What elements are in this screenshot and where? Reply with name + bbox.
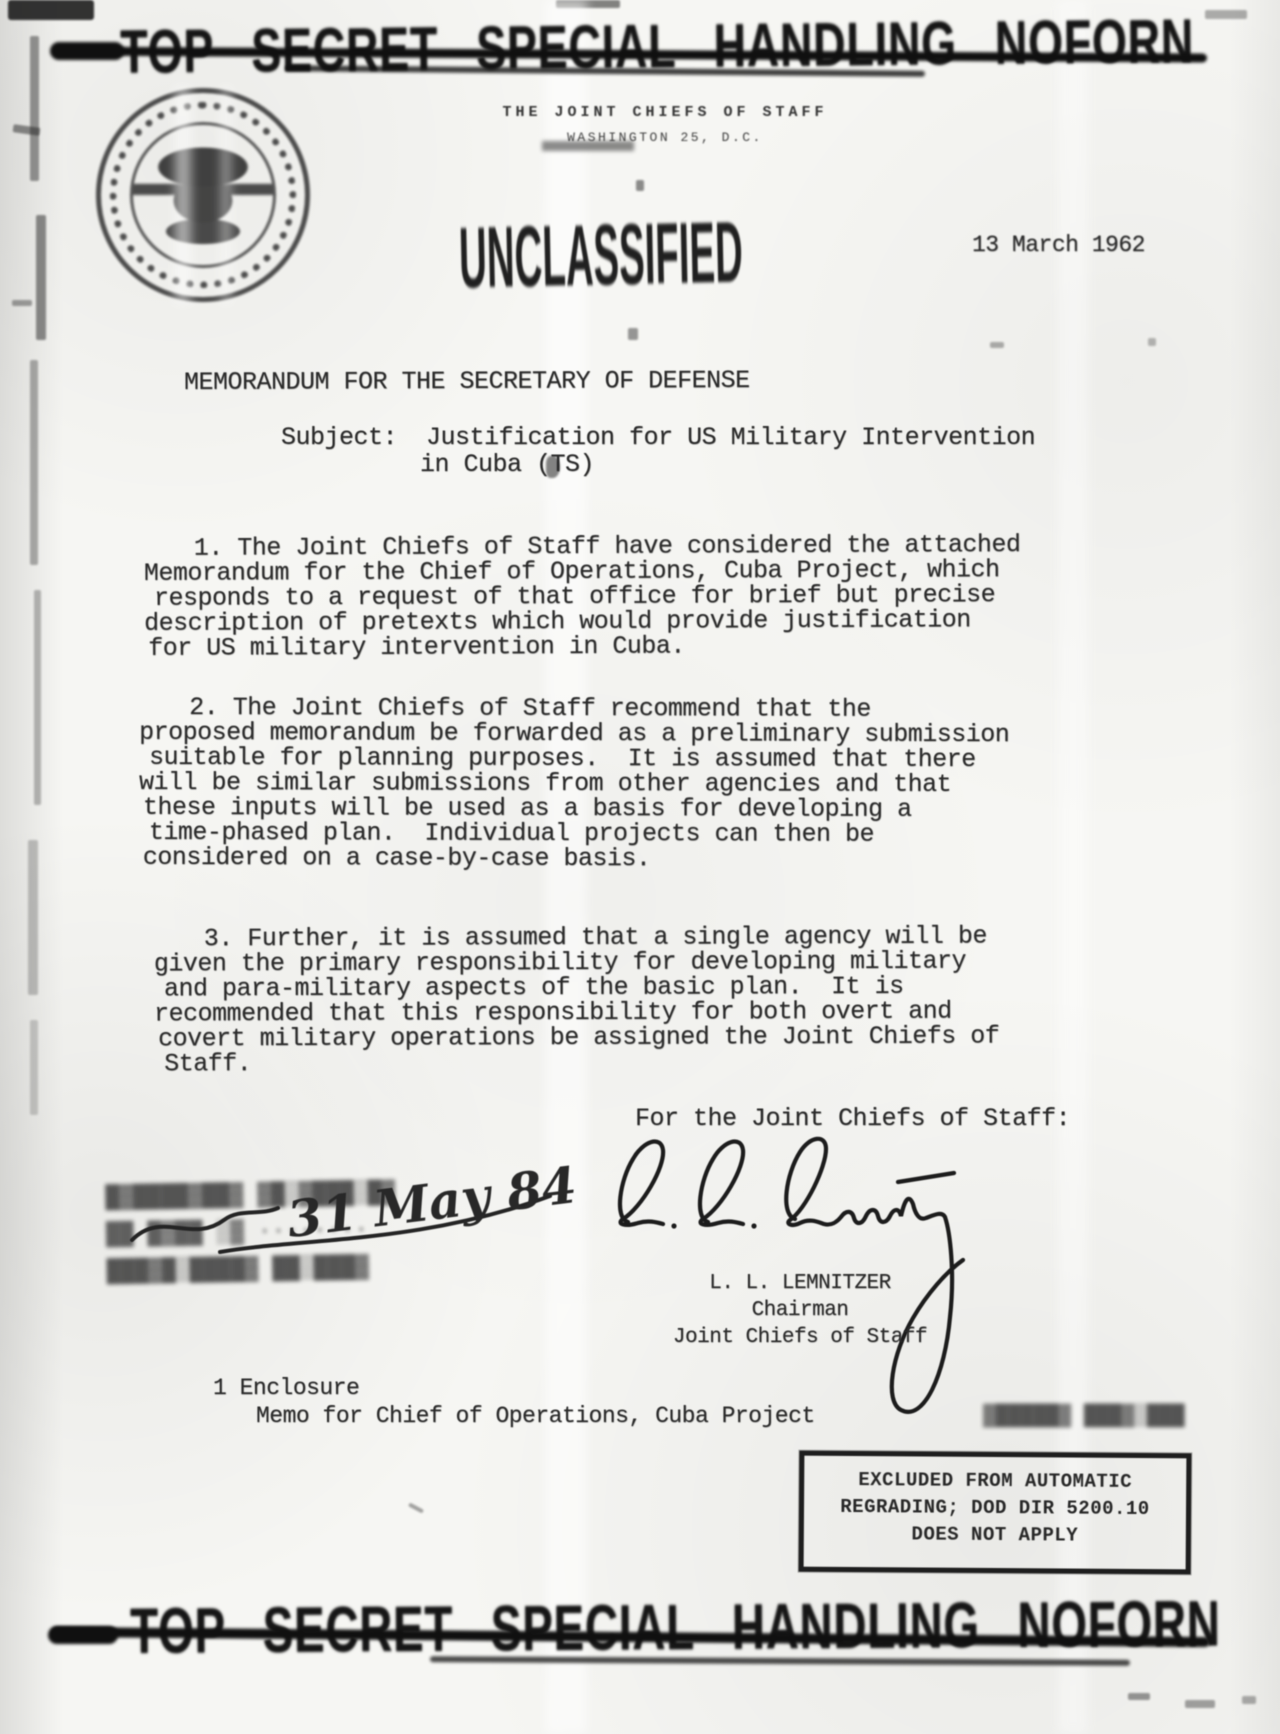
handwritten-date: 31 May 84 <box>120 1138 600 1298</box>
subject-line-2: in Cuba (TS) <box>420 452 594 477</box>
scan-artifact <box>408 1502 424 1513</box>
body-line: covert military operations be assigned t… <box>158 1024 999 1052</box>
scan-artifact <box>12 300 32 306</box>
exclusion-line-1: EXCLUDED FROM AUTOMATIC <box>804 1467 1186 1497</box>
scan-artifact <box>30 36 39 181</box>
paragraph-3: 3. Further, it is assumed that a single … <box>158 924 1000 1077</box>
document-page: TOP SECRET SPECIAL HANDLING NOFORN THE J… <box>0 0 1280 1734</box>
handwritten-date-text: 31 May 84 <box>284 1155 580 1249</box>
scan-artifact <box>1185 1700 1215 1708</box>
scan-artifact <box>34 590 41 805</box>
scan-streak <box>221 87 231 303</box>
letterhead-address: WASHINGTON 25, D.C. <box>365 130 965 145</box>
paragraph-1: 1. The Joint Chiefs of Staff have consid… <box>148 532 1021 661</box>
scan-artifact <box>8 0 94 20</box>
title-jcs: Joint Chiefs of Staff <box>600 1324 1000 1351</box>
unclassified-stamp: UNCLASSIFIED <box>458 202 744 308</box>
scan-artifact <box>30 1020 38 1115</box>
exclusion-line-2: REGRADING; DOD DIR 5200.10 <box>804 1494 1186 1524</box>
body-line: considered on a case-by-case basis. <box>143 845 1009 872</box>
scan-artifact <box>28 840 38 995</box>
scan-artifact <box>990 342 1004 348</box>
title-chairman: Chairman <box>600 1297 1000 1324</box>
scan-artifact <box>1128 1693 1150 1700</box>
enclosure-count: 1 Enclosure <box>213 1376 359 1401</box>
scan-artifact <box>36 215 46 340</box>
scan-artifact <box>628 328 638 340</box>
signature-block: L. L. LEMNITZER Chairman Joint Chiefs of… <box>600 1270 1000 1351</box>
paragraph-2: 2. The Joint Chiefs of Staff recommend t… <box>143 695 1010 872</box>
memo-date: 13 March 1962 <box>972 233 1145 258</box>
strikethrough-line <box>50 42 124 60</box>
scan-artifact <box>542 141 634 151</box>
exclusion-line-3: DOES NOT APPLY <box>804 1521 1186 1551</box>
strikethrough-line <box>48 1626 118 1644</box>
body-line: for US military intervention in Cuba. <box>148 632 1021 661</box>
memo-addressee: MEMORANDUM FOR THE SECRETARY OF DEFENSE <box>184 368 750 395</box>
scan-artifact <box>1148 338 1156 346</box>
control-number-stamp: ▓█████▓ ███▓▒███ <box>983 1398 1185 1435</box>
enclosure-description: Memo for Chief of Operations, Cuba Proje… <box>256 1404 815 1429</box>
body-line: Staff. <box>164 1049 999 1077</box>
typed-name: L. L. LEMNITZER <box>600 1270 1000 1297</box>
scan-artifact <box>30 360 38 565</box>
seal-emblem <box>130 122 276 268</box>
exclusion-box-stamp: EXCLUDED FROM AUTOMATIC REGRADING; DOD D… <box>799 1451 1192 1575</box>
scan-artifact <box>1242 1696 1256 1704</box>
scan-artifact <box>1205 10 1247 19</box>
letterhead: THE JOINT CHIEFS OF STAFF WASHINGTON 25,… <box>365 104 965 145</box>
subject-line-1: Subject: Justification for US Military I… <box>281 425 1035 450</box>
letterhead-organization: THE JOINT CHIEFS OF STAFF <box>365 104 965 121</box>
jcs-seal <box>96 88 310 302</box>
scan-artifact <box>636 180 644 191</box>
top-classification-banner: TOP SECRET SPECIAL HANDLING NOFORN <box>120 5 1195 88</box>
scan-streak <box>175 87 191 303</box>
